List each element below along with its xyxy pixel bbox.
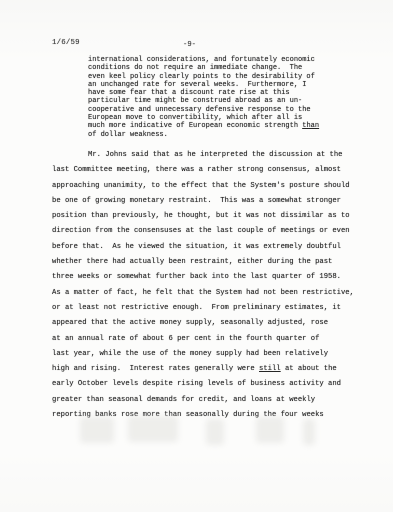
text-line: greater than seasonal demands for credit… [52, 393, 367, 408]
text-line: whether there had actually been restrain… [52, 255, 367, 270]
text-line: Mr. Johns said that as he interpreted th… [52, 148, 367, 163]
text-line: cooperative and unnecessary defensive re… [88, 106, 333, 114]
document-date: 1/6/59 [52, 39, 80, 47]
text-line: reporting banks rose more than seasonall… [52, 408, 367, 423]
text-line: of dollar weakness. [88, 131, 333, 139]
text-line: last Committee meeting, there was a rath… [52, 163, 367, 178]
text-line: before that. As he viewed the situation,… [52, 240, 367, 255]
text-line: As a matter of fact, he felt that the Sy… [52, 286, 367, 301]
text-line: or at least not restrictive enough. From… [52, 301, 367, 316]
text-line: three weeks or somewhat further back int… [52, 270, 367, 285]
text-line: conditions do not require an immediate c… [88, 64, 333, 72]
body-paragraph: Mr. Johns said that as he interpreted th… [52, 148, 367, 423]
text-line: even keel policy clearly points to the d… [88, 73, 333, 81]
text-line: direction from the consensuses at the la… [52, 224, 367, 239]
text-line: approaching unanimity, to the effect tha… [52, 179, 367, 194]
text-line: much more indicative of European economi… [88, 122, 333, 130]
text-line: early October levels despite rising leve… [52, 377, 367, 392]
text-line: be one of growing monetary restraint. Th… [52, 194, 367, 209]
text-line: position than previously, he thought, bu… [52, 209, 367, 224]
text-line: an unchanged rate for several weeks. Fur… [88, 81, 333, 89]
scanned-document-page: 1/6/59 -9- international considerations,… [0, 0, 393, 512]
text-line: appeared that the active money supply, s… [52, 316, 367, 331]
quoted-passage: international considerations, and fortun… [88, 56, 333, 139]
text-line: at an annual rate of about 6 per cent in… [52, 332, 367, 347]
text-line: high and rising. Interest rates generall… [52, 362, 367, 377]
page-number: -9- [183, 41, 196, 49]
text-line: particular time might be construed abroa… [88, 97, 333, 105]
text-line: last year, while the use of the money su… [52, 347, 367, 362]
